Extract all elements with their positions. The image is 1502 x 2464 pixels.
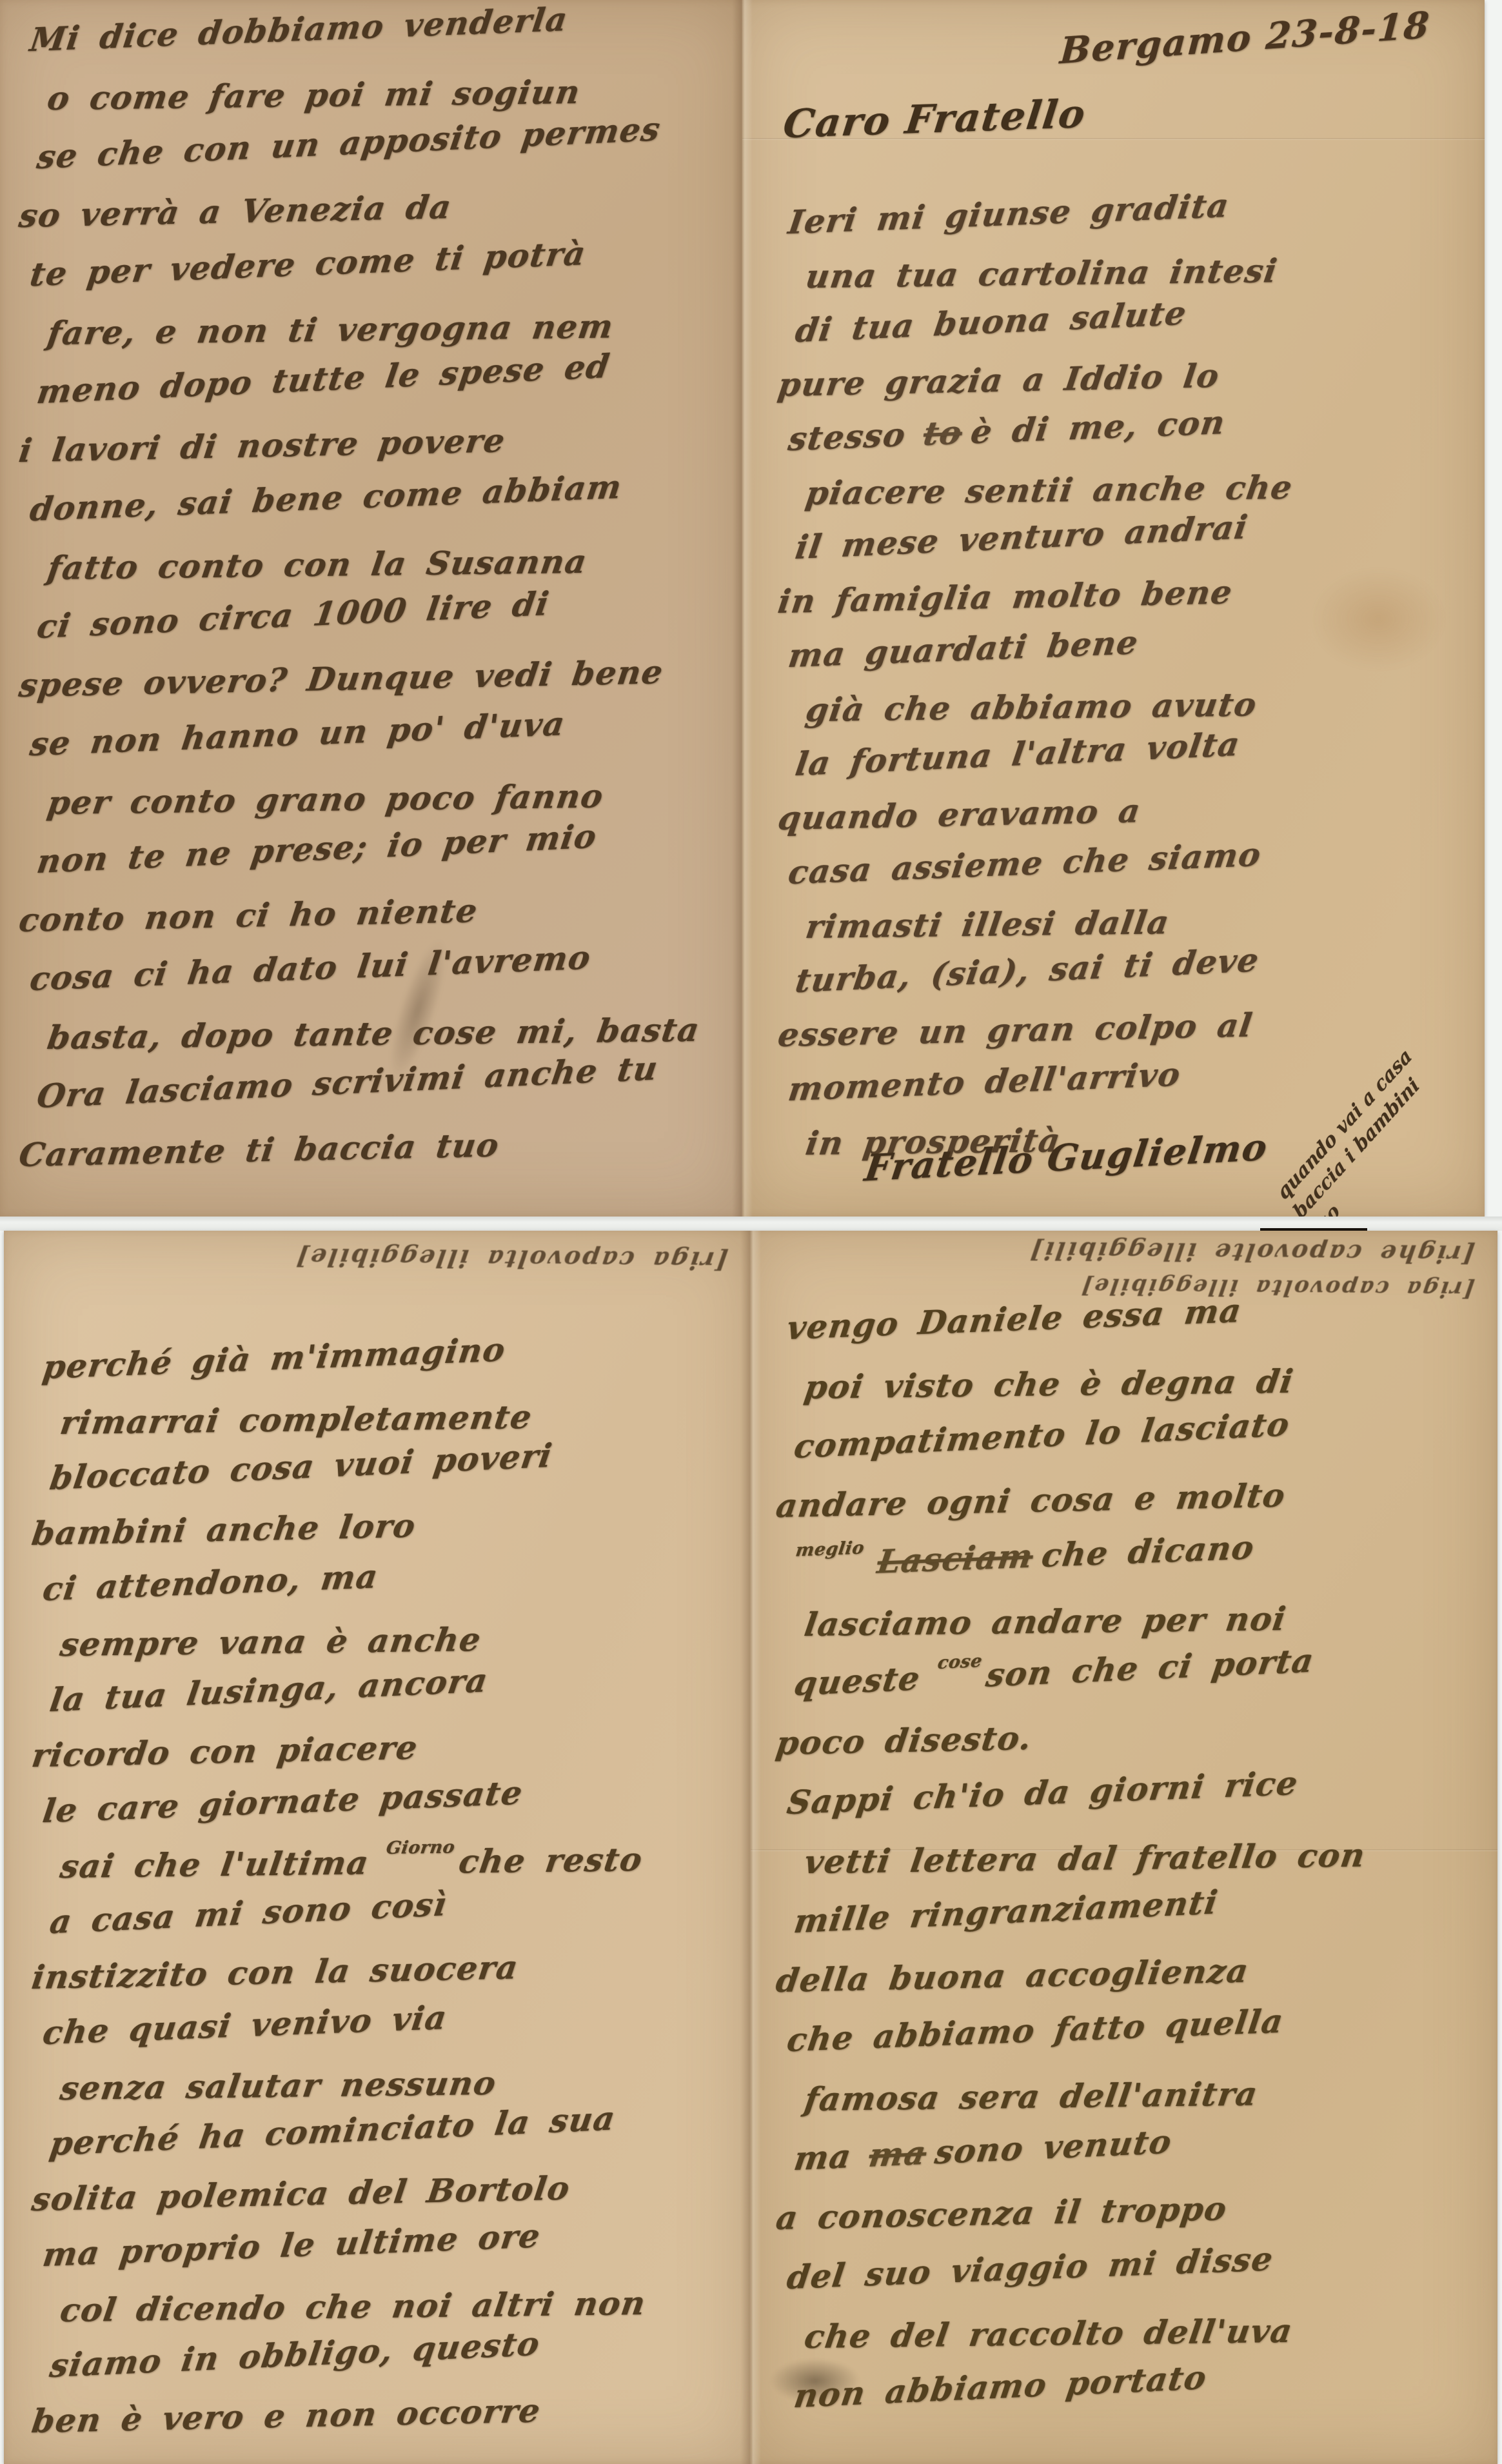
- line-segment: che dicano: [1039, 1528, 1256, 1575]
- inserted-word: cose: [936, 1651, 983, 1673]
- line-segment: è di me, con: [969, 402, 1228, 450]
- handwritten-text-block: Mi dice dobbiamo venderla o come fare po…: [19, 10, 733, 1184]
- letter-page-top-left: Mi dice dobbiamo venderla o come fare po…: [0, 0, 742, 1217]
- letter-spread-bottom: [riga capovolta illeggibile] perché già …: [4, 1231, 1497, 2464]
- scanned-letter-screen: Mi dice dobbiamo venderla o come fare po…: [0, 0, 1502, 2464]
- letter-date: Bergamo 23-8-18: [1058, 4, 1432, 73]
- letter-page-bottom-left: [riga capovolta illeggibile] perché già …: [4, 1231, 751, 2464]
- letter-page-bottom-right: [righe capovolte illeggibili] [riga capo…: [751, 1231, 1497, 2464]
- line-segment: queste: [791, 1658, 923, 1702]
- letter-spread-top: Mi dice dobbiamo venderla o come fare po…: [0, 0, 1485, 1217]
- inverted-ghost-line: [righe capovolte illeggibili]: [772, 1234, 1477, 1269]
- handwritten-text-block: Ieri mi giunse gradita una tua cartolina…: [778, 195, 1476, 1170]
- inserted-word: meglio: [794, 1538, 865, 1560]
- handwritten-line: perché già m'immagino: [39, 1312, 746, 1395]
- letter-salutation: Caro Fratello: [781, 92, 1089, 148]
- line-segment: son che ci porta: [983, 1641, 1317, 1694]
- line-segment: stesso: [786, 415, 909, 457]
- struck-word: to: [922, 413, 965, 453]
- letter-page-top-right: Bergamo 23-8-18 Caro Fratello Ieri mi gi…: [742, 0, 1485, 1217]
- line-segment: sai che l'ultima: [58, 1843, 372, 1885]
- handwritten-line: Mi dice dobbiamo venderla: [26, 0, 736, 69]
- inserted-word: Giorno: [385, 1837, 457, 1858]
- line-segment: sono venuto: [933, 2122, 1175, 2171]
- struck-word: ma: [866, 2133, 929, 2174]
- handwritten-text-block: vengo Daniele essa ma poi visto che è de…: [776, 1298, 1488, 2425]
- struck-word: Lasciam: [875, 1536, 1036, 1581]
- handwritten-line: Ieri mi giunse gradita: [785, 168, 1479, 249]
- inverted-ghost-line: [riga capovolta illeggibile]: [25, 1240, 730, 1275]
- handwritten-text-block: perché già m'immagino rimarrai completam…: [32, 1339, 742, 2449]
- line-segment: ma: [791, 2136, 854, 2177]
